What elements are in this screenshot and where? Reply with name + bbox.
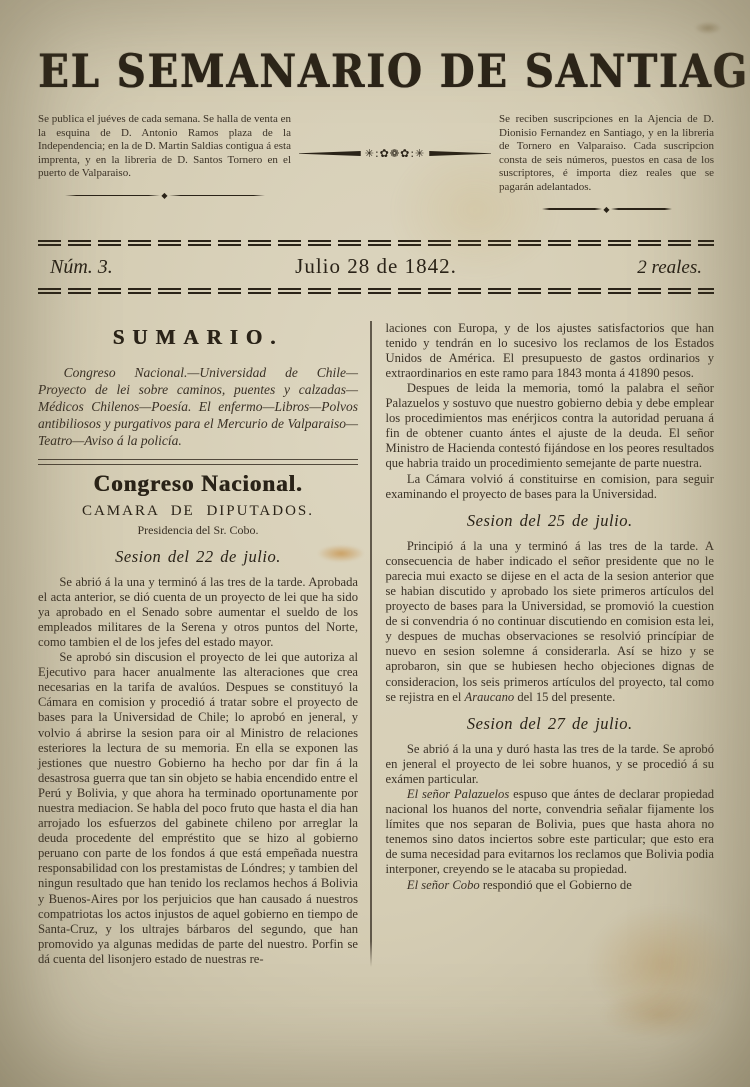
rule-line	[542, 208, 603, 210]
issue-date: Julio 28 de 1842.	[220, 254, 532, 279]
body-paragraph: El señor Cobo respondió que el Gobierno …	[386, 878, 715, 893]
body-paragraph: Principió á la una y terminó á las tres …	[386, 539, 715, 705]
speaker-name-italic: El señor Cobo	[407, 878, 480, 892]
body-paragraph: Se abrió á la una y duró hasta las tres …	[386, 742, 715, 787]
publication-notice-block: Se publica el juéves de cada semana. Se …	[38, 113, 291, 200]
header-row: Se publica el juéves de cada semana. Se …	[38, 113, 714, 214]
session-27-heading: Sesion del 27 de julio.	[386, 714, 715, 734]
rule-line	[169, 195, 265, 197]
issue-number: Núm. 3.	[50, 256, 220, 279]
congress-section-heading: Congreso Nacional.	[38, 471, 358, 497]
publication-notice: Se publica el juéves de cada semana. Se …	[38, 113, 291, 181]
paragraph-text: Principió á la una y terminó á las tres …	[386, 539, 715, 704]
dashed-rule-top	[38, 240, 714, 247]
paragraph-text: del 15 del presente.	[514, 690, 615, 704]
article-columns: SUMARIO. Congreso Nacional.—Universidad …	[38, 321, 714, 967]
dateline-bar: Núm. 3. Julio 28 de 1842. 2 reales.	[38, 240, 714, 295]
right-column: laciones con Europa, y de los ajustes sa…	[380, 321, 715, 967]
summary-heading: SUMARIO.	[38, 325, 358, 350]
diamond-rule-icon: ◆	[65, 191, 265, 200]
ornament-line-left	[299, 151, 361, 156]
session-22-heading: Sesion del 22 de julio.	[38, 547, 358, 567]
diamond-icon: ◆	[602, 205, 610, 214]
body-paragraph: Despues de leida la memoria, tomó la pal…	[386, 381, 715, 472]
presidency-line: Presidencia del Sr. Cobo.	[38, 523, 358, 538]
body-paragraph: El señor Palazuelos espuso que ántes de …	[386, 787, 715, 878]
dashed-rule-bottom	[38, 288, 714, 295]
issue-price: 2 reales.	[532, 257, 702, 279]
paper-mark	[695, 22, 721, 34]
body-paragraph-continuation: laciones con Europa, y de los ajustes sa…	[386, 321, 715, 381]
paper-stain	[600, 990, 720, 1040]
body-paragraph: Se abrió á la una y terminó á las tres d…	[38, 575, 358, 650]
diamond-rule-icon: ◆	[542, 205, 672, 214]
center-ornament: ✳:✿❁✿:✳	[291, 147, 499, 160]
summary-text: Congreso Nacional.—Universidad de Chile—…	[38, 364, 358, 450]
subscription-notice: Se reciben suscripciones en la Ajencia d…	[499, 113, 714, 195]
body-paragraph: Se aprobó sin discusion el proyecto de l…	[38, 650, 358, 967]
newspaper-page: EL SEMANARIO DE SANTIAGO. Se publica el …	[0, 0, 750, 1087]
session-25-heading: Sesion del 25 de julio.	[386, 511, 715, 531]
speaker-name-italic: El señor Palazuelos	[407, 787, 509, 801]
ornament-line-right	[429, 151, 491, 156]
dateline: Núm. 3. Julio 28 de 1842. 2 reales.	[38, 247, 714, 288]
rule-line	[65, 195, 161, 197]
left-column: SUMARIO. Congreso Nacional.—Universidad …	[38, 321, 358, 967]
paragraph-text: respondió que el Gobierno de	[480, 878, 632, 892]
chamber-heading: CAMARA DE DIPUTADOS.	[38, 503, 358, 520]
section-rule	[38, 459, 358, 465]
subscription-notice-block: Se reciben suscripciones en la Ajencia d…	[499, 113, 714, 214]
floral-ornament-icon: ✳:✿❁✿:✳	[361, 147, 430, 160]
column-divider	[370, 321, 372, 967]
body-paragraph: La Cámara volvió á constituirse en comis…	[386, 472, 715, 502]
masthead-title: EL SEMANARIO DE SANTIAGO.	[38, 45, 714, 99]
diamond-icon: ◆	[160, 191, 168, 200]
rule-line	[611, 208, 672, 210]
publication-name-italic: Araucano	[465, 690, 515, 704]
